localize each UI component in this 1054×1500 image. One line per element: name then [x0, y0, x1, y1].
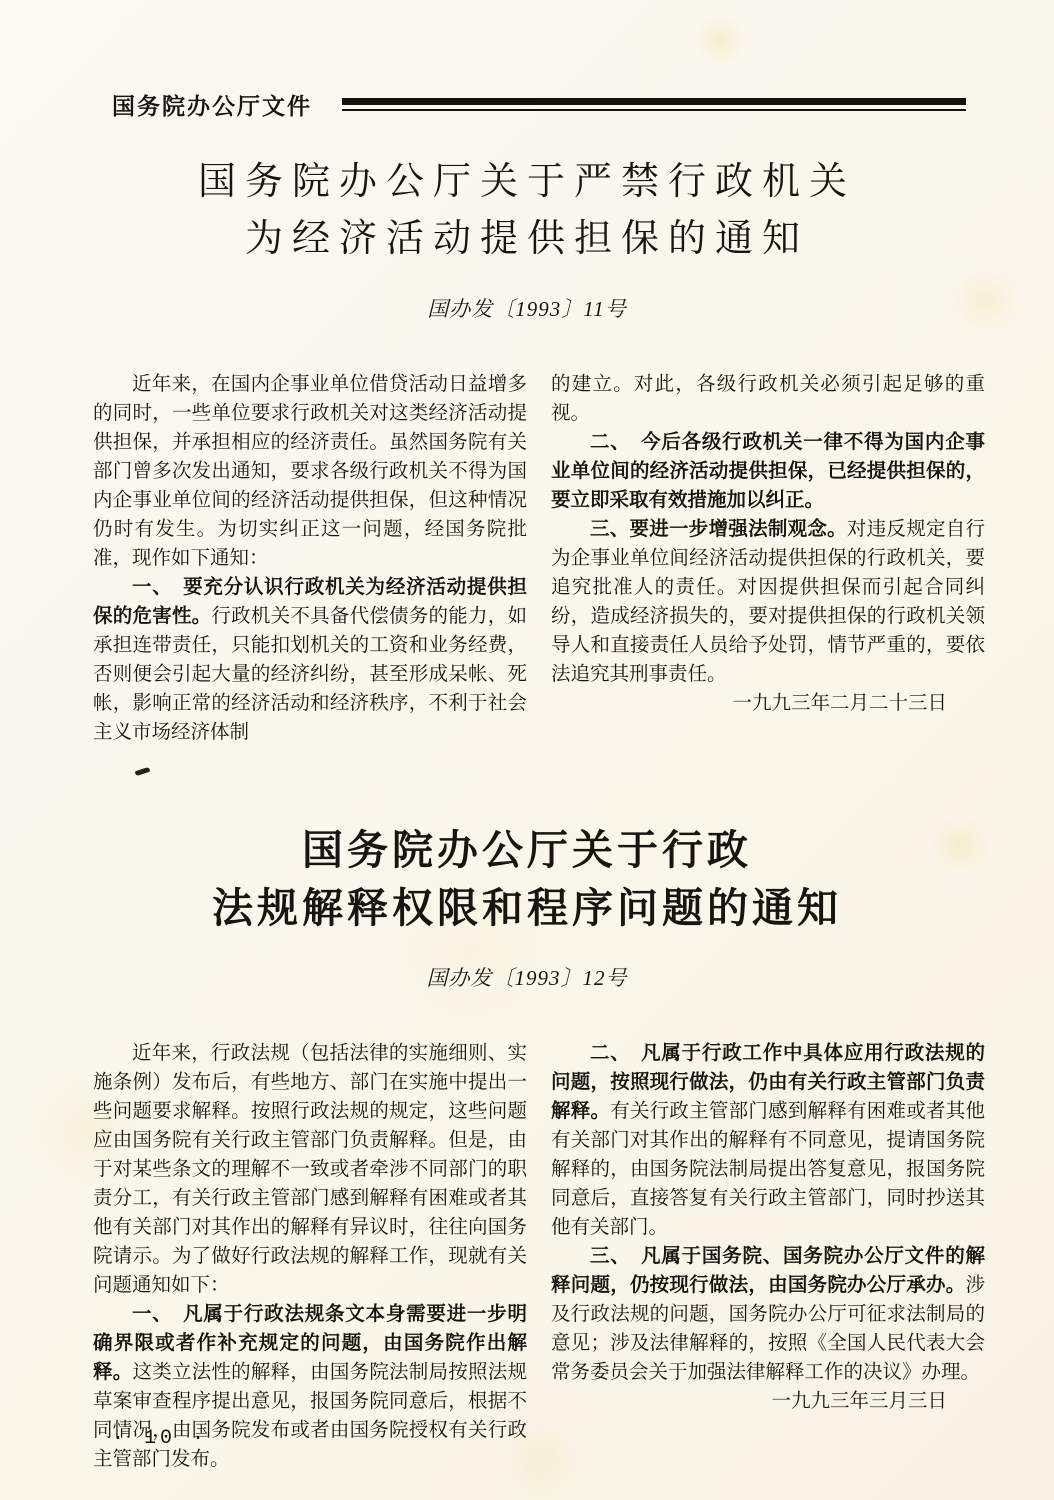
- text-segment: 这类立法性的解释，由国务院法制局按照法规草案审查程序提出意见，报国务院同意后，根…: [93, 1362, 527, 1470]
- page-content: 国务院办公厅关于严禁行政机关 为经济活动提供担保的通知 国办发〔1993〕11号…: [0, 120, 1054, 1474]
- text-segment: 对违反规定自行为企事业单位间经济活动提供担保的行政机关，要追究批准人的责任。对因…: [551, 519, 985, 685]
- notice-2-left-column: 近年来，行政法规（包括法律的实施细则、实施条例）发布后，有些地方、部门在实施中提…: [93, 1039, 527, 1474]
- title-line: 为经济活动提供担保的通知: [0, 211, 1054, 268]
- notice-2-title: 国务院办公厅关于行政 法规解释权限和程序问题的通知: [0, 821, 1054, 937]
- notice-1-title: 国务院办公厅关于严禁行政机关 为经济活动提供担保的通知: [0, 154, 1054, 268]
- text-segment: 近年来，在国内企事业单位借贷活动日益增多的同时，一些单位要求行政机关对这类经济活…: [93, 374, 527, 569]
- header-label: 国务院办公厅文件: [112, 88, 312, 121]
- document-header: 国务院办公厅文件: [112, 88, 966, 121]
- title-line: 国务院办公厅关于严禁行政机关: [0, 154, 1054, 211]
- title-line: 国务院办公厅关于行政: [0, 821, 1054, 879]
- paragraph: 近年来，在国内企事业单位借贷活动日益增多的同时，一些单位要求行政机关对这类经济活…: [93, 370, 527, 573]
- text-segment: 三、要进一步增强法制观念。: [590, 518, 847, 540]
- notice-1-doc-number: 国办发〔1993〕11号: [0, 293, 1054, 323]
- notice-2-body: 近年来，行政法规（包括法律的实施细则、实施条例）发布后，有些地方、部门在实施中提…: [93, 1039, 985, 1474]
- header-double-rule: [342, 98, 966, 111]
- paragraph: 三、 凡属于国务院、国务院办公厅文件的解释问题，仍按现行做法，由国务院办公厅承办…: [551, 1242, 985, 1387]
- page-number: · 10 ·: [112, 1427, 208, 1450]
- paragraph: 三、要进一步增强法制观念。对违反规定自行为企事业单位间经济活动提供担保的行政机关…: [551, 515, 985, 689]
- text-segment: 的建立。对此，各级行政机关必须引起足够的重视。: [551, 374, 985, 424]
- notice-2-date: 一九九三年三月三日: [551, 1387, 985, 1416]
- notice-2-right-column: 二、 凡属于行政工作中具体应用行政法规的问题，按照现行做法，仍由有关行政主管部门…: [551, 1039, 985, 1474]
- notice-2: 国务院办公厅关于行政 法规解释权限和程序问题的通知 国办发〔1993〕12号 近…: [0, 821, 1054, 1474]
- rule-thick-line: [342, 98, 966, 105]
- title-line: 法规解释权限和程序问题的通知: [0, 879, 1054, 937]
- text-segment: 有关行政主管部门感到解释有困难或者其他有关部门对其作出的解释有不同意见，提请国务…: [551, 1101, 985, 1238]
- paragraph: 近年来，行政法规（包括法律的实施细则、实施条例）发布后，有些地方、部门在实施中提…: [93, 1039, 527, 1300]
- notice-1-right-column: 的建立。对此，各级行政机关必须引起足够的重视。二、 今后各级行政机关一律不得为国…: [551, 370, 985, 747]
- scanned-document-page: 国务院办公厅文件 国务院办公厅关于严禁行政机关 为经济活动提供担保的通知 国办发…: [0, 0, 1054, 1500]
- notice-1-date: 一九九三年二月二十三日: [551, 689, 985, 718]
- paragraph: 一、 要充分认识行政机关为经济活动提供担保的危害性。行政机关不具备代偿债务的能力…: [93, 573, 527, 747]
- notice-2-doc-number: 国办发〔1993〕12号: [0, 962, 1054, 992]
- notice-1-left-column: 近年来，在国内企事业单位借贷活动日益增多的同时，一些单位要求行政机关对这类经济活…: [93, 370, 527, 747]
- text-segment: 二、 今后各级行政机关一律不得为国内企事业单位间的经济活动提供担保，已经提供担保…: [551, 431, 985, 511]
- paragraph: 二、 凡属于行政工作中具体应用行政法规的问题，按照现行做法，仍由有关行政主管部门…: [551, 1039, 985, 1242]
- notice-1-body: 近年来，在国内企事业单位借贷活动日益增多的同时，一些单位要求行政机关对这类经济活…: [93, 370, 985, 747]
- paragraph: 的建立。对此，各级行政机关必须引起足够的重视。: [551, 370, 985, 428]
- text-segment: 三、 凡属于国务院、国务院办公厅文件的解释问题，仍按现行做法，由国务院办公厅承办…: [551, 1245, 985, 1296]
- text-segment: 近年来，行政法规（包括法律的实施细则、实施条例）发布后，有些地方、部门在实施中提…: [93, 1043, 527, 1296]
- paragraph: 二、 今后各级行政机关一律不得为国内企事业单位间的经济活动提供担保，已经提供担保…: [551, 428, 985, 515]
- notice-1: 国务院办公厅关于严禁行政机关 为经济活动提供担保的通知 国办发〔1993〕11号…: [0, 154, 1054, 747]
- rule-thin-line: [342, 109, 966, 111]
